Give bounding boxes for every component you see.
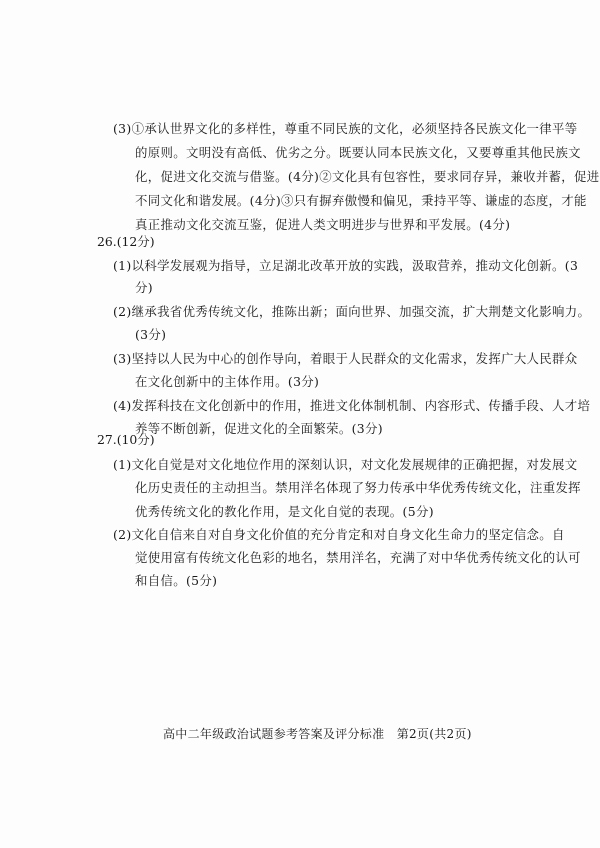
text-line: 化历史责任的主动担当。禁用洋名体现了努力传承中华优秀传统文化，注重发挥 — [135, 480, 581, 496]
text-line: (2)继承我省优秀传统文化，推陈出新；面向世界、加强交流，扩大荆楚文化影响力。 — [113, 304, 590, 320]
text-line: 在文化创新中的主体作用。(3分) — [135, 374, 319, 390]
text-line: (3)坚持以人民为中心的创作导向，着眼于人民群众的文化需求，发挥广大人民群众 — [113, 351, 578, 367]
text-line: 养等不断创新，促进文化的全面繁荣。(3分) — [135, 421, 383, 437]
text-line: (2)文化自信来自对自身文化价值的充分肯定和对自身文化生命力的坚定信念。自 — [113, 527, 565, 543]
text-line: (4)发挥科技在文化创新中的作用，推进文化体制机制、内容形式、传播手段、人才培 — [113, 398, 590, 414]
text-line: 觉使用富有传统文化色彩的地名，禁用洋名，充满了对中华优秀传统文化的认可 — [135, 550, 581, 566]
text-line: 真正推动文化交流互鉴，促进人类文明进步与世界和平发展。(4分) — [135, 217, 510, 233]
text-line: 不同文化和谐发展。(4分)③只有摒弃傲慢和偏见，秉持平等、谦虚的态度，才能 — [135, 193, 587, 209]
text-line: (1)以科学发展观为指导，立足湖北改革开放的实践，汲取营养，推动文化创新。(3 — [113, 258, 578, 274]
text-line: 化，促进文化交流与借鉴。(4分)②文化具有包容性，要求同存异，兼收并蓄，促进 — [135, 169, 600, 185]
text-line: (3分) — [135, 327, 166, 343]
page-footer: 高中二年级政治试题参考答案及评分标准 第2页(共2页) — [163, 726, 472, 742]
text-line: (1)文化自觉是对文化地位作用的深刻认识，对文化发展规律的正确把握，对发展文 — [113, 457, 578, 473]
text-line: (3)①承认世界文化的多样性，尊重不同民族的文化，必须坚持各民族文化一律平等 — [113, 121, 578, 137]
text-line: 和自信。(5分) — [135, 573, 217, 589]
question-heading: 27.(10分) — [97, 432, 155, 448]
text-line: 的原则。文明没有高低、优劣之分。既要认同本民族文化，又要尊重其他民族文 — [135, 145, 581, 161]
text-line: 分) — [135, 280, 153, 296]
answer-key-page: (3)①承认世界文化的多样性，尊重不同民族的文化，必须坚持各民族文化一律平等 的… — [0, 0, 600, 848]
question-heading: 26.(12分) — [97, 234, 155, 250]
text-line: 优秀传统文化的教化作用，是文化自觉的表现。(5分) — [135, 504, 434, 520]
